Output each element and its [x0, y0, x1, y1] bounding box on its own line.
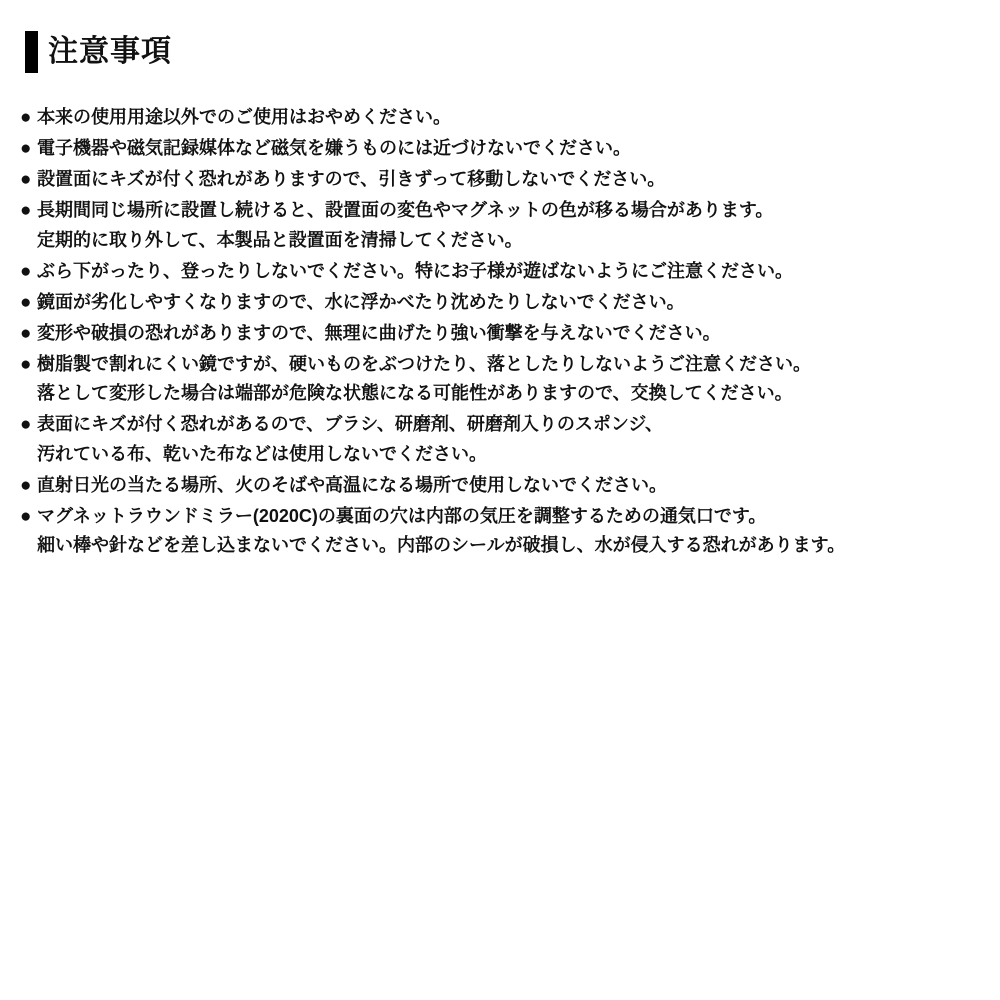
note-item: ●本来の使用用途以外でのご使用はおやめください。 — [20, 103, 980, 133]
note-text: 設置面にキズが付く恐れがありますので、引きずって移動しないでください。 — [37, 169, 665, 189]
bullet-icon: ● — [20, 257, 37, 287]
note-text: 樹脂製で割れにくい鏡ですが、硬いものをぶつけたり、落としたりしないようご注意くだ… — [37, 354, 811, 374]
note-line-continuation: 汚れている布、乾いた布などは使用しないでください。 — [37, 440, 980, 470]
note-line-continuation: 細い棒や針などを差し込まないでください。内部のシールが破損し、水が侵入する恐れが… — [37, 531, 980, 561]
note-line: ●鏡面が劣化しやすくなりますので、水に浮かべたり沈めたりしないでください。 — [37, 288, 980, 318]
document-page: 注意事項 ●本来の使用用途以外でのご使用はおやめください。 ●電子機器や磁気記録… — [0, 0, 1000, 1000]
notes-list: ●本来の使用用途以外でのご使用はおやめください。 ●電子機器や磁気記録媒体など磁… — [20, 103, 980, 562]
note-line: ●マグネットラウンドミラー(2020C)の裏面の穴は内部の気圧を調整するための通… — [37, 502, 980, 532]
bullet-icon: ● — [20, 471, 37, 501]
note-item: ●鏡面が劣化しやすくなりますので、水に浮かべたり沈めたりしないでください。 — [20, 288, 980, 318]
note-text: ぶら下がったり、登ったりしないでください。特にお子様が遊ばないようにご注意くださ… — [37, 261, 793, 281]
note-line: ●電子機器や磁気記録媒体など磁気を嫌うものには近づけないでください。 — [37, 134, 980, 164]
note-text: 表面にキズが付く恐れがあるので、ブラシ、研磨剤、研磨剤入りのスポンジ、 — [37, 414, 663, 434]
note-item: ●マグネットラウンドミラー(2020C)の裏面の穴は内部の気圧を調整するための通… — [20, 502, 980, 561]
note-line: ●表面にキズが付く恐れがあるので、ブラシ、研磨剤、研磨剤入りのスポンジ、 — [37, 410, 980, 440]
bullet-icon: ● — [20, 103, 37, 133]
page-title: 注意事項 — [48, 31, 172, 73]
note-text: 変形や破損の恐れがありますので、無理に曲げたり強い衝撃を与えないでください。 — [37, 323, 721, 343]
note-item: ●直射日光の当たる場所、火のそばや高温になる場所で使用しないでください。 — [20, 471, 980, 501]
bullet-icon: ● — [20, 134, 37, 164]
note-item: ●電子機器や磁気記録媒体など磁気を嫌うものには近づけないでください。 — [20, 134, 980, 164]
note-line-continuation: 落として変形した場合は端部が危険な状態になる可能性がありますので、交換してくださ… — [37, 379, 980, 409]
note-line: ●樹脂製で割れにくい鏡ですが、硬いものをぶつけたり、落としたりしないようご注意く… — [37, 350, 980, 380]
section-header: 注意事項 — [25, 31, 172, 73]
note-line: ●本来の使用用途以外でのご使用はおやめください。 — [37, 103, 980, 133]
note-item: ●長期間同じ場所に設置し続けると、設置面の変色やマグネットの色が移る場合がありま… — [20, 196, 980, 255]
bullet-icon: ● — [20, 165, 37, 195]
note-text: 長期間同じ場所に設置し続けると、設置面の変色やマグネットの色が移る場合があります… — [37, 200, 773, 220]
bullet-icon: ● — [20, 502, 37, 532]
bullet-icon: ● — [20, 350, 37, 380]
note-item: ●設置面にキズが付く恐れがありますので、引きずって移動しないでください。 — [20, 165, 980, 195]
note-line: ●設置面にキズが付く恐れがありますので、引きずって移動しないでください。 — [37, 165, 980, 195]
header-accent-bar — [25, 31, 38, 73]
note-text: 電子機器や磁気記録媒体など磁気を嫌うものには近づけないでください。 — [37, 138, 631, 158]
bullet-icon: ● — [20, 288, 37, 318]
note-text: 鏡面が劣化しやすくなりますので、水に浮かべたり沈めたりしないでください。 — [37, 292, 685, 312]
note-text: マグネットラウンドミラー(2020C)の裏面の穴は内部の気圧を調整するための通気… — [37, 506, 766, 526]
bullet-icon: ● — [20, 410, 37, 440]
note-item: ●ぶら下がったり、登ったりしないでください。特にお子様が遊ばないようにご注意くだ… — [20, 257, 980, 287]
note-text: 本来の使用用途以外でのご使用はおやめください。 — [37, 107, 451, 127]
note-line: ●ぶら下がったり、登ったりしないでください。特にお子様が遊ばないようにご注意くだ… — [37, 257, 980, 287]
note-item: ●樹脂製で割れにくい鏡ですが、硬いものをぶつけたり、落としたりしないようご注意く… — [20, 350, 980, 409]
note-item: ●変形や破損の恐れがありますので、無理に曲げたり強い衝撃を与えないでください。 — [20, 319, 980, 349]
note-line: ●変形や破損の恐れがありますので、無理に曲げたり強い衝撃を与えないでください。 — [37, 319, 980, 349]
bullet-icon: ● — [20, 196, 37, 226]
note-item: ●表面にキズが付く恐れがあるので、ブラシ、研磨剤、研磨剤入りのスポンジ、 汚れて… — [20, 410, 980, 469]
note-line-continuation: 定期的に取り外して、本製品と設置面を清掃してください。 — [37, 226, 980, 256]
note-text: 直射日光の当たる場所、火のそばや高温になる場所で使用しないでください。 — [37, 475, 667, 495]
note-line: ●直射日光の当たる場所、火のそばや高温になる場所で使用しないでください。 — [37, 471, 980, 501]
note-line: ●長期間同じ場所に設置し続けると、設置面の変色やマグネットの色が移る場合がありま… — [37, 196, 980, 226]
bullet-icon: ● — [20, 319, 37, 349]
